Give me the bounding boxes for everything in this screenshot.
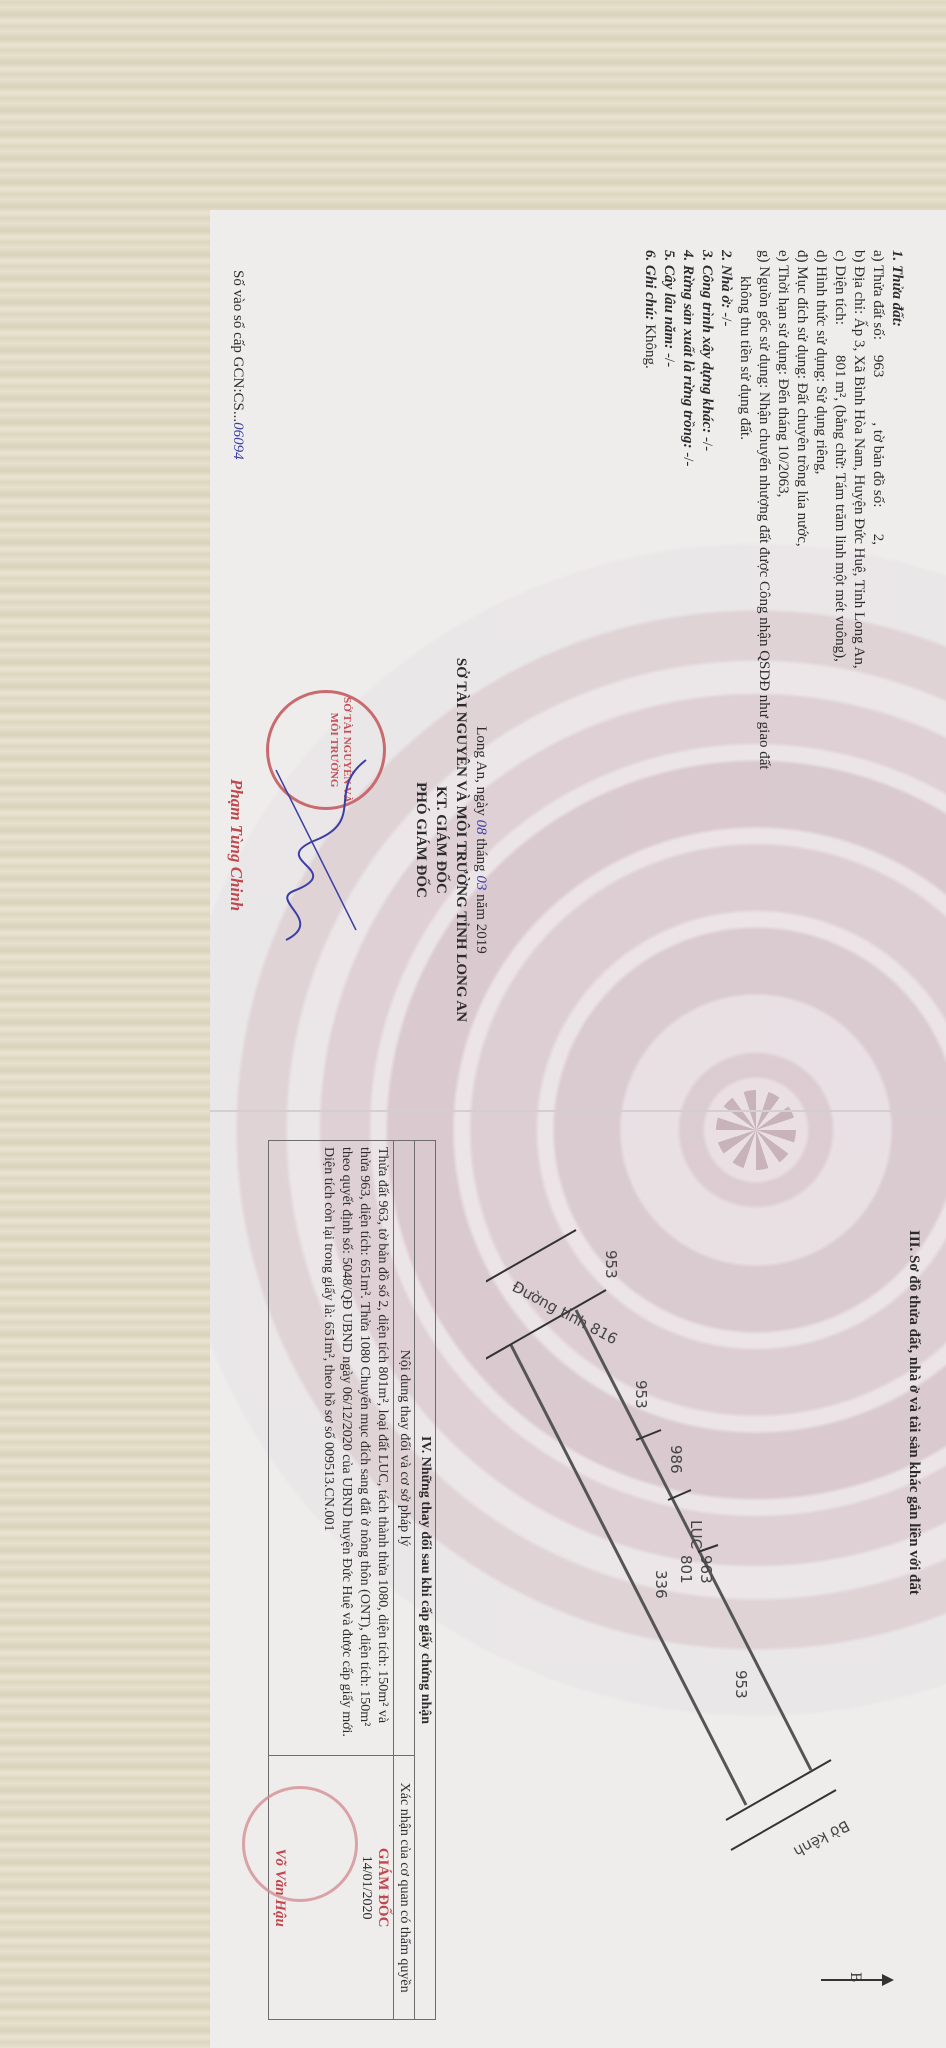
canal-label: Bờ kênh: [791, 1816, 853, 1860]
item-notes: 6. Ghi chú: Không.: [640, 250, 659, 1070]
registry-number: Số vào sổ cấp GCN:CS...06094: [229, 270, 246, 460]
section3-heading: III. Sơ đồ thửa đất, nhà ở và tài sản kh…: [905, 1230, 922, 1595]
issuing-organization: SỞ TÀI NGUYÊN VÀ MÔI TRƯỜNG TỈNH LONG AN: [451, 630, 471, 1050]
usage-form-line: d) Hình thức sử dụng: Sử dụng riêng,: [811, 250, 830, 1070]
neighbor-986: 986: [667, 1445, 685, 1474]
confirm-date: 14/01/2020: [358, 1762, 374, 2013]
item-perennial: 5. Cây lâu năm: -/-: [659, 250, 678, 1070]
north-arrow-icon: B: [816, 1950, 896, 2010]
land-details: 1. Thửa đất: a) Thửa đất số: 963 , tờ bả…: [640, 250, 906, 1070]
road-label: Đường tỉnh 816: [509, 1278, 620, 1349]
area-line: c) Diện tích: 801 m², (bằng chữ: Tám tră…: [830, 250, 849, 1070]
section1-heading: 1. Thửa đất:: [887, 250, 906, 1070]
issue-day: 08: [473, 820, 489, 835]
parcel-label: a) Thửa đất số:: [870, 250, 886, 340]
changes-table: IV. Những thay đổi sau khi cấp giấy chứn…: [268, 1140, 436, 2020]
item-construction: 3. Công trình xây dựng khác: -/-: [697, 250, 716, 1070]
land-use-certificate: 1. Thửa đất: a) Thửa đất số: 963 , tờ bả…: [210, 210, 946, 2048]
land-type: LUC: [687, 1520, 705, 1549]
neighbor-953-far: 953: [602, 1250, 620, 1279]
district-seal-icon: [242, 1786, 358, 1902]
signer-title: PHÓ GIÁM ĐỐC: [411, 630, 431, 1050]
column-confirm-header: Xác nhận của cơ quan có thẩm quyền: [394, 1756, 415, 2020]
svg-text:B: B: [847, 1972, 863, 1982]
confirm-title: GIÁM ĐỐC: [374, 1762, 391, 2013]
usage-term-line: e) Thời hạn sử dụng: Đến tháng 10/2063,: [773, 250, 792, 1070]
usage-origin-line: g) Nguồn gốc sử dụng: Nhận chuyển nhượng…: [754, 250, 773, 1070]
neighbor-336: 336: [652, 1570, 670, 1599]
signature-icon: [246, 750, 386, 950]
parcel-number: 963: [870, 355, 886, 378]
item-house: 2. Nhà ở: -/-: [716, 250, 735, 1070]
confirm-cell: GIÁM ĐỐC 14/01/2020 Võ Văn Hậu: [269, 1756, 394, 2020]
map-sheet-number: 2,: [870, 534, 886, 545]
usage-purpose-line: đ) Mục đích sử dụng: Đất chuyên trồng lú…: [792, 250, 811, 1070]
issue-month: 03: [473, 875, 489, 890]
area-label: c) Diện tích:: [832, 250, 848, 325]
issuance-block: Long An, ngày 08 tháng 03 năm 2019 SỞ TÀ…: [411, 630, 491, 1050]
map-sheet-label: , tờ bản đồ số:: [870, 422, 886, 507]
column-content-header: Nội dung thay đổi và cơ sở pháp lý: [394, 1141, 415, 1756]
map-area: 801: [677, 1555, 695, 1584]
parcel-map: 953 986 953 336 LUC 963 801 953 Đường tỉ…: [486, 1130, 906, 2030]
map-parcel-number: 963: [697, 1555, 715, 1584]
on-behalf-title: KT. GIÁM ĐỐC: [431, 630, 451, 1050]
neighbor-953-left: 953: [632, 1380, 650, 1409]
item-forest: 4. Rừng sản xuất là rừng trồng: -/-: [678, 250, 697, 1070]
page-fold: [210, 1110, 946, 1112]
signer-name: Phạm Tùng Chinh: [226, 720, 246, 970]
parcel-line: a) Thửa đất số: 963 , tờ bản đồ số: 2,: [868, 250, 887, 1070]
section4-heading: IV. Những thay đổi sau khi cấp giấy chứn…: [415, 1141, 436, 2020]
change-entry: Thửa đất 963, tờ bản đồ số 2, diện tích …: [269, 1141, 394, 1756]
right-page: III. Sơ đồ thửa đất, nhà ở và tài sản kh…: [210, 1130, 946, 2048]
area-value: 801 m², (bằng chữ: Tám trăm linh một mét…: [832, 355, 848, 662]
address-line: b) Địa chỉ: Ấp 3, Xã Bình Hòa Nam, Huyện…: [849, 250, 868, 1070]
issue-date: Long An, ngày 08 tháng 03 năm 2019: [471, 630, 491, 1050]
neighbor-953-top: 953: [732, 1670, 750, 1699]
usage-origin-line-2: không thu tiền sử dụng đất.: [735, 250, 754, 1070]
